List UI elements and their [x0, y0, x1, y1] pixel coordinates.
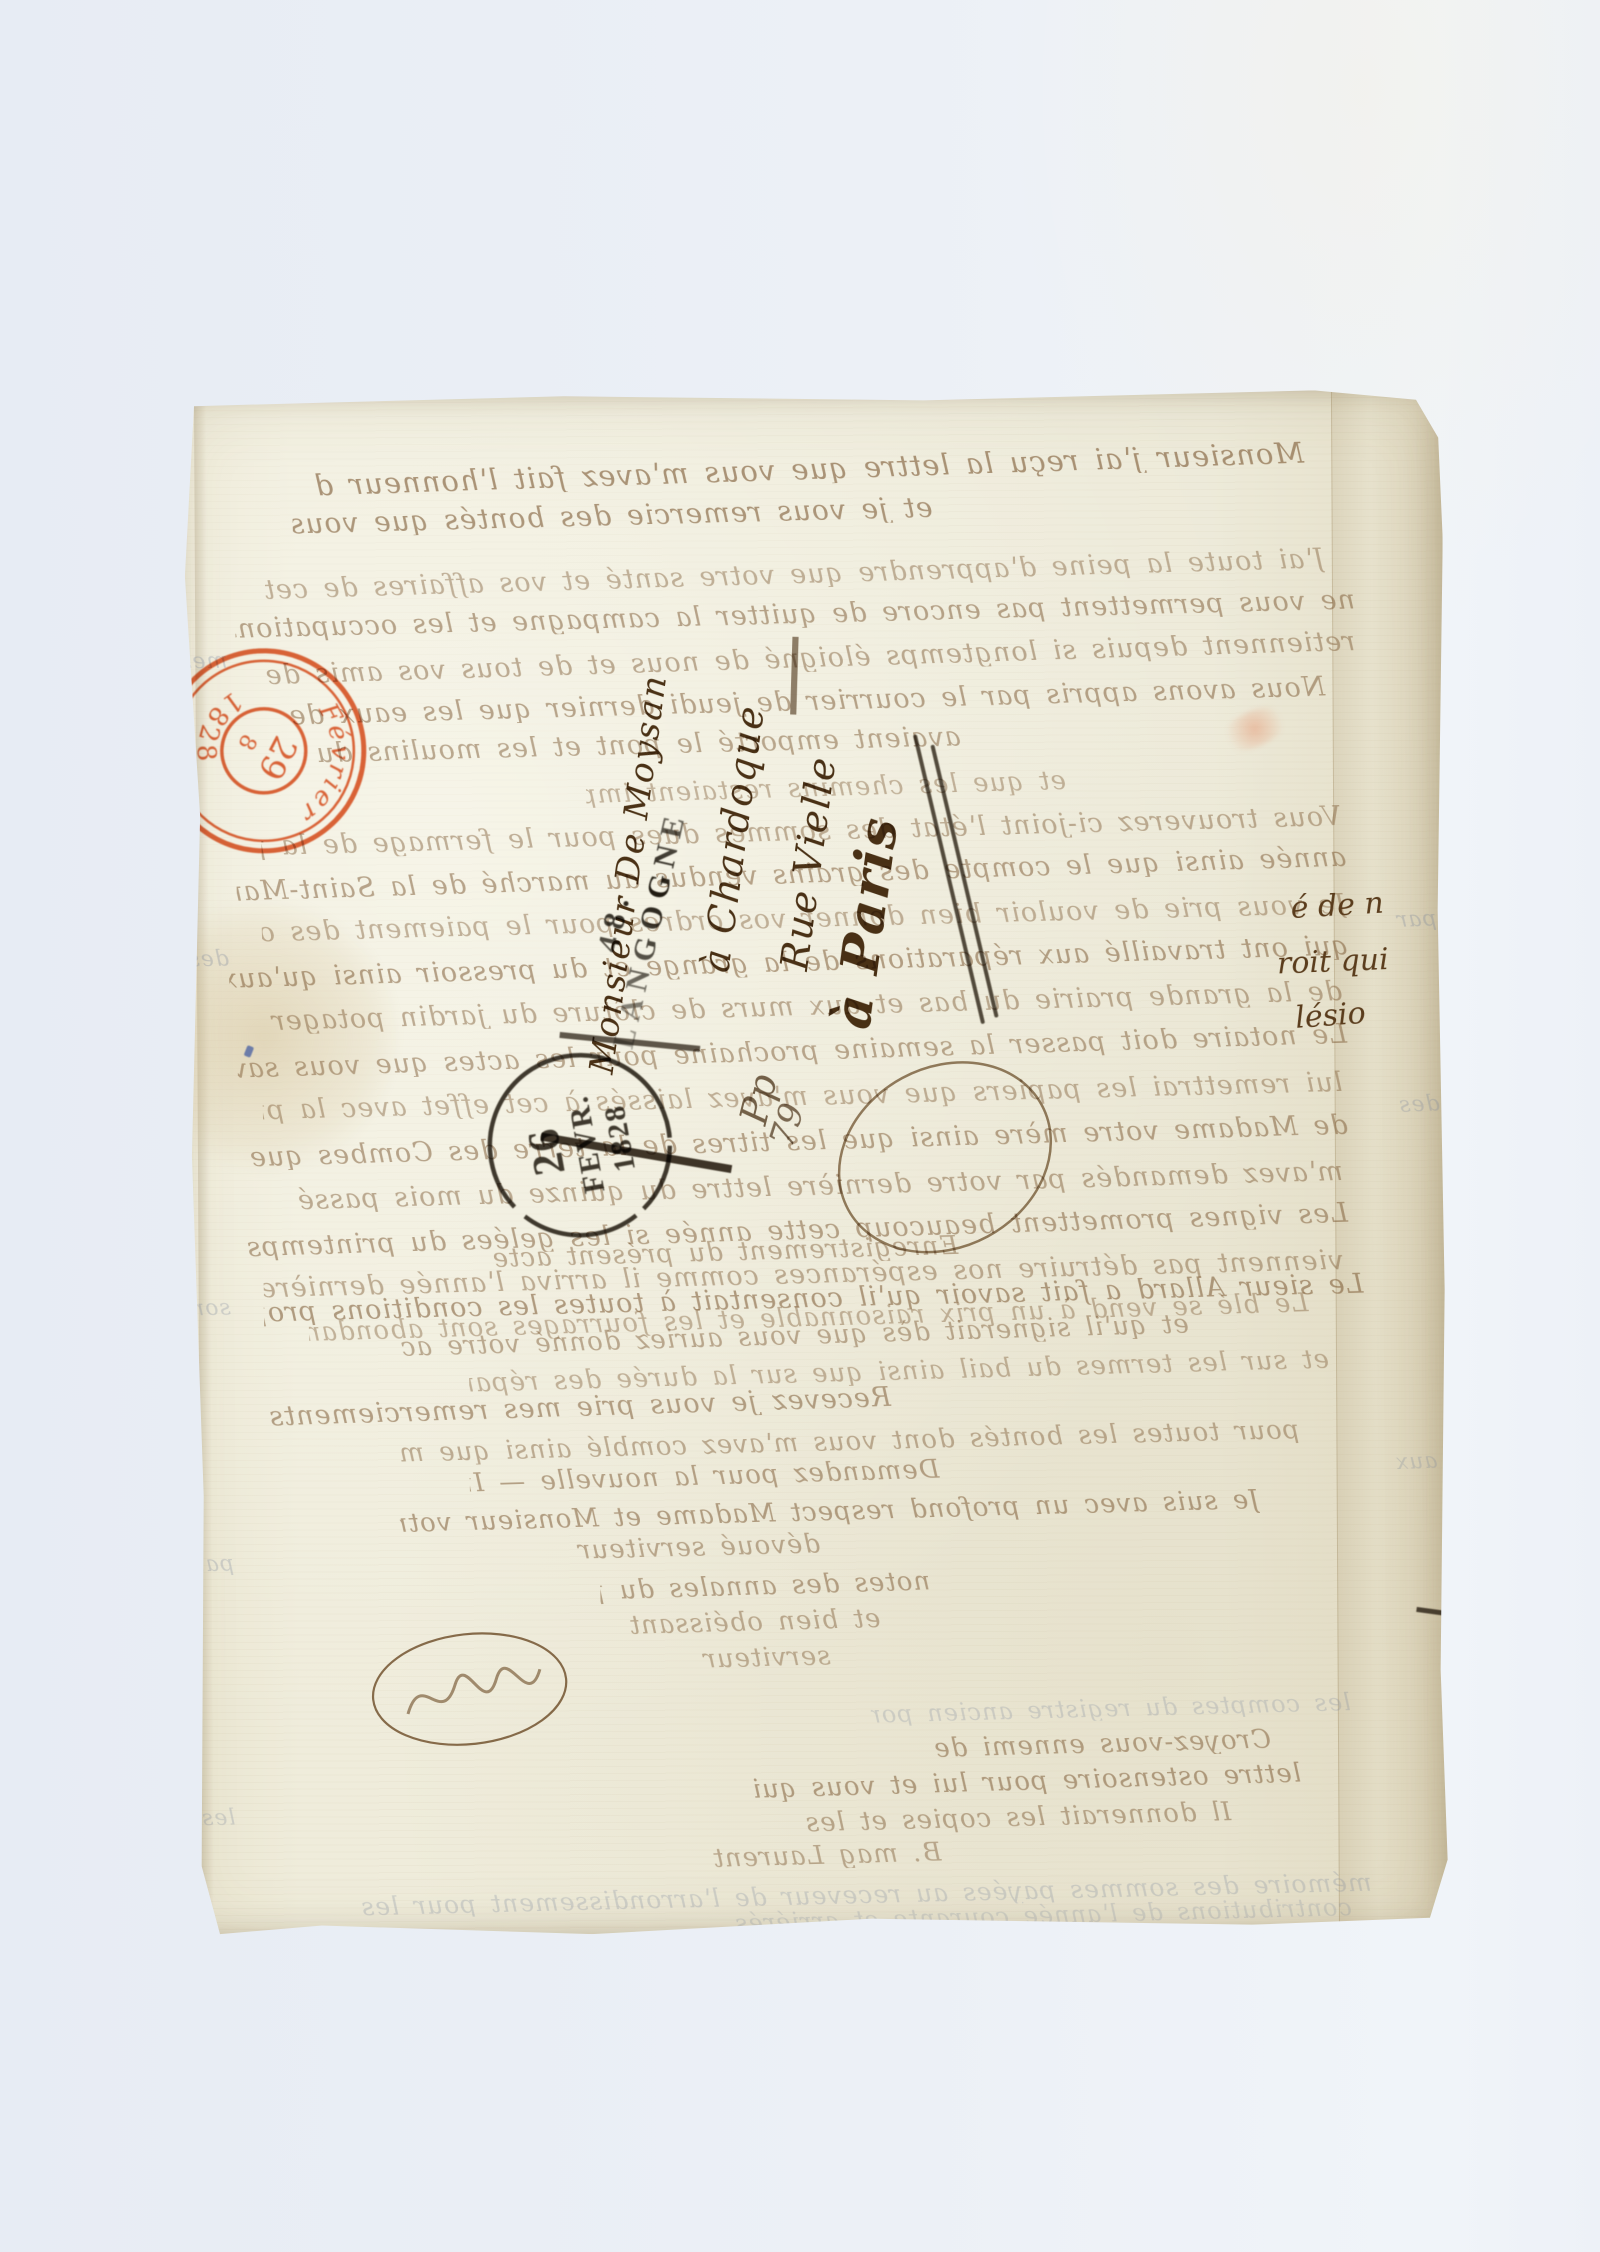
- manuscript-marks-layer: Pp79|: [164, 390, 1442, 397]
- bleedthrough-line: dévoué serviteur: [470, 1531, 821, 1566]
- red-cds-year: 1828: [176, 679, 257, 780]
- bleedthrough-line: aux: [1367, 1450, 1438, 1475]
- red-cds-hour: 8: [232, 730, 261, 754]
- bleedthrough-line: des: [171, 949, 229, 972]
- letter-sheet: Monsieur j'ai reçu la lettre que vous m'…: [164, 390, 1450, 1945]
- bleedthrough-line: des: [1359, 1093, 1440, 1118]
- bleedthrough-line: les: [175, 1807, 235, 1830]
- edge-text-fragment: é de n: [1290, 886, 1385, 926]
- edge-text-fragment: roit qui: [1276, 942, 1389, 981]
- bleedthrough-line: B. mag Laurent: [691, 1839, 942, 1872]
- edge-fragments-layer: é de nroit quilésio: [164, 390, 1442, 397]
- bleedthrough-handwriting-layer: Monsieur j'ai reçu la lettre que vous m'…: [164, 390, 1442, 397]
- bleedthrough-line: Croyez-vous ennemi de: [731, 1726, 1272, 1767]
- bleedthrough-line: serviteur: [670, 1643, 831, 1673]
- bleedthrough-line: par: [174, 1553, 234, 1576]
- bleedthrough-line: Il donnerait les copies et les: [691, 1799, 1231, 1839]
- bleedthrough-line: notes des annales du pays: [600, 1568, 931, 1604]
- manuscript-mark: |: [780, 625, 809, 716]
- svg-text:1828: 1828: [176, 679, 257, 780]
- photo-background: Monsieur j'ai reçu la lettre que vous m'…: [0, 0, 1600, 2252]
- edge-text-fragment: lésio: [1294, 996, 1367, 1036]
- bleedthrough-line: les comptes du registre ancien portés au…: [871, 1690, 1351, 1727]
- bleedthrough-line: son: [172, 1298, 230, 1321]
- red-ink-smudge: [1214, 697, 1296, 760]
- bleedthrough-line: Monsieur j'ai reçu la lettre que vous m'…: [314, 439, 1304, 501]
- bleedthrough-line: et bien obéissant: [630, 1606, 881, 1639]
- black-cds-day: 26: [518, 1123, 575, 1179]
- bleedthrough-line: et je vous remercie des bontés que vous …: [292, 494, 933, 539]
- paraph-oval: [361, 1616, 584, 1764]
